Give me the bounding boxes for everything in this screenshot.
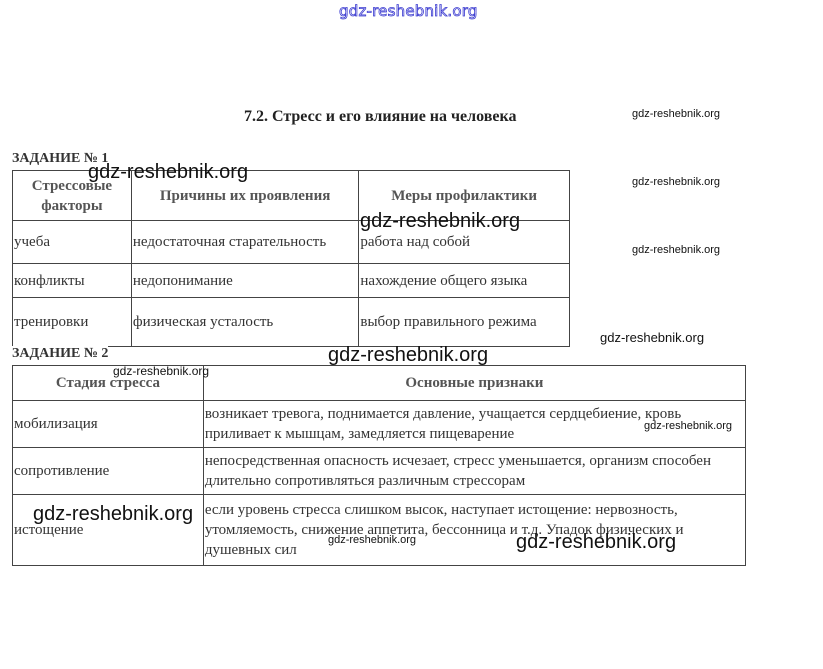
watermark: gdz-reshebnik.org bbox=[516, 531, 676, 554]
watermark: gdz-reshebnik.org bbox=[632, 244, 720, 256]
t2-cell: сопротивление bbox=[13, 448, 204, 495]
table-row: тренировки физическая усталость выбор пр… bbox=[13, 298, 570, 347]
watermark: gdz-reshebnik.org bbox=[644, 420, 732, 432]
t1-cell: выбор правильного режима bbox=[359, 298, 570, 347]
watermark: gdz-reshebnik.org bbox=[328, 534, 416, 546]
watermark: gdz-reshebnik.org bbox=[88, 161, 248, 184]
page-title: 7.2. Стресс и его влияние на человека bbox=[244, 108, 516, 126]
t1-cell: физическая усталость bbox=[131, 298, 359, 347]
watermark: gdz-reshebnik.org bbox=[360, 210, 520, 233]
t2-cell: если уровень стресса слишком высок, наст… bbox=[203, 495, 745, 566]
table-row: конфликты недопонимание нахождение общег… bbox=[13, 264, 570, 298]
t2-header-signs: Основные признаки bbox=[203, 366, 745, 401]
table-row: мобилизация возникает тревога, поднимает… bbox=[13, 401, 746, 448]
t2-cell: непосредственная опасность исчезает, стр… bbox=[203, 448, 745, 495]
t1-cell: тренировки bbox=[13, 298, 132, 347]
watermark: gdz-reshebnik.org bbox=[632, 108, 720, 120]
t1-cell: недопонимание bbox=[131, 264, 359, 298]
t1-cell: нахождение общего языка bbox=[359, 264, 570, 298]
task1-table: Стрессовые факторы Причины их проявления… bbox=[12, 170, 570, 347]
watermark-top[interactable]: gdz-reshebnik.org bbox=[339, 2, 478, 20]
t1-cell: конфликты bbox=[13, 264, 132, 298]
t2-cell: мобилизация bbox=[13, 401, 204, 448]
watermark: gdz-reshebnik.org bbox=[113, 364, 209, 378]
t1-cell: недостаточная старательность bbox=[131, 221, 359, 264]
watermark: gdz-reshebnik.org bbox=[328, 344, 488, 367]
table-row: сопротивление непосредственная опасность… bbox=[13, 448, 746, 495]
watermark: gdz-reshebnik.org bbox=[33, 503, 193, 526]
task2-label: ЗАДАНИЕ № 2 bbox=[12, 346, 108, 362]
watermark: gdz-reshebnik.org bbox=[600, 330, 704, 345]
t1-cell: учеба bbox=[13, 221, 132, 264]
watermark: gdz-reshebnik.org bbox=[632, 176, 720, 188]
